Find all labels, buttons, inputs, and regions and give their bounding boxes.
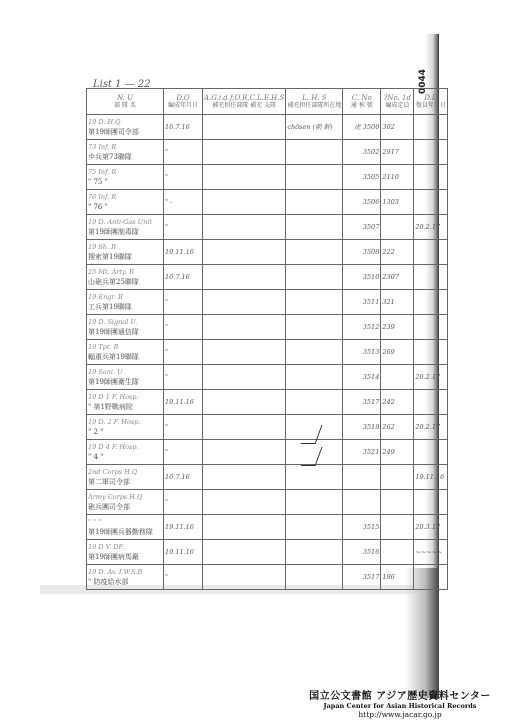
cell-code-number: 3506 xyxy=(343,190,381,215)
table-row: 19 D. Av. I.W.S.B" 防疫給水部"3517196 xyxy=(87,565,448,590)
cell-code-number: 3516 xyxy=(343,540,381,565)
cell-code-number: 虎 3500 xyxy=(343,115,381,140)
cell-date-demobilized xyxy=(414,490,448,515)
cell-date-organized: " xyxy=(164,415,203,440)
table-row: 19 D. Anti-Gas Unit第19師團制毒隊"350720.2.17 xyxy=(87,215,448,240)
cell-location xyxy=(286,390,343,415)
cell-date-organized: 19.11.16 xyxy=(164,515,203,540)
cell-strength xyxy=(381,365,414,390)
table-row: 19 D V. DF.第19師團病馬廠19.11.163516~~~~~ xyxy=(87,540,448,565)
table-row: 2nd Corps H.Q第二軍司令部16.7.1619.11.16 xyxy=(87,465,448,490)
table-row: 19 Tpt. R輜重兵第19聯隊"3513269 xyxy=(87,340,448,365)
cell-strength: 2917 xyxy=(381,140,414,165)
cell-strength xyxy=(381,515,414,540)
cell-strength: 302 xyxy=(381,115,414,140)
cell-unit: 19 D 4 F. Hosp." 4 " xyxy=(87,440,164,465)
cell-location xyxy=(286,365,343,390)
cell-replacement-unit xyxy=(203,515,286,540)
cell-strength xyxy=(381,465,414,490)
cell-replacement-unit xyxy=(203,165,286,190)
cell-location xyxy=(286,290,343,315)
cell-date-demobilized xyxy=(414,240,448,265)
cell-date-demobilized xyxy=(414,290,448,315)
cell-strength: 262 xyxy=(381,415,414,440)
cell-code-number xyxy=(343,490,381,515)
cell-location xyxy=(286,565,343,590)
cell-replacement-unit xyxy=(203,440,286,465)
header-strength: ?No. 1d編成定員 xyxy=(381,89,414,115)
cell-date-demobilized: ~~~~~ xyxy=(414,540,448,565)
archive-footer: 国立公文書館 アジア歴史資料センター Japan Center for Asia… xyxy=(288,687,512,719)
cell-date-demobilized xyxy=(414,315,448,340)
cell-code-number: 3505 xyxy=(343,165,381,190)
cell-date-demobilized: 19.11.16 xyxy=(414,465,448,490)
cell-code-number: 3512 xyxy=(343,315,381,340)
cell-location xyxy=(286,540,343,565)
cell-date-organized: " xyxy=(164,290,203,315)
header-unit-name: N. U部 隊 名 xyxy=(87,89,164,115)
footer-url: http://www.jacar.go.jp xyxy=(288,710,512,719)
cell-replacement-unit xyxy=(203,465,286,490)
cell-code-number: 3514 xyxy=(343,365,381,390)
table-header-row: N. U部 隊 名 D.O編成年月日 A.G.i.d.f.O.R.C.L.E.H… xyxy=(87,89,448,115)
table-row: 73 Inf. R歩兵第73聯隊"35022917 xyxy=(87,140,448,165)
table-row: " " "第19師團兵器勤務隊19.11.16351520.3.17 xyxy=(87,515,448,540)
table-row: 19 Engr. R工兵第19聯隊"3511321 xyxy=(87,290,448,315)
cell-date-organized: 19.11.16 xyxy=(164,390,203,415)
cell-unit: 19 D 1 F. Hosp." 第1野戰病院 xyxy=(87,390,164,415)
cell-replacement-unit xyxy=(203,140,286,165)
cell-date-demobilized xyxy=(414,190,448,215)
cell-date-demobilized xyxy=(414,440,448,465)
cell-unit: 19 Engr. R工兵第19聯隊 xyxy=(87,290,164,315)
cell-date-organized: " xyxy=(164,215,203,240)
cell-code-number: 3521 xyxy=(343,440,381,465)
cell-replacement-unit xyxy=(203,290,286,315)
cell-unit: 73 Inf. R歩兵第73聯隊 xyxy=(87,140,164,165)
cell-replacement-unit xyxy=(203,540,286,565)
cell-unit: 19 D. Signal U.第19師團通信隊 xyxy=(87,315,164,340)
header-code-number: C. No通 称 號 xyxy=(343,89,381,115)
cell-date-organized: 19.11.16 xyxy=(164,540,203,565)
cell-date-demobilized: 20.3.17 xyxy=(414,515,448,540)
cell-location xyxy=(286,340,343,365)
cell-unit: 2nd Corps H.Q第二軍司令部 xyxy=(87,465,164,490)
cell-replacement-unit xyxy=(203,215,286,240)
cell-strength: 239 xyxy=(381,315,414,340)
scanned-document-page: 0044 List 1 — 22 N. U部 隊 名 D.O編成年月日 A.G.… xyxy=(0,0,512,724)
cell-location xyxy=(286,215,343,240)
cell-unit: 19 Sani. U第19師團衛生隊 xyxy=(87,365,164,390)
header-date-organized: D.O編成年月日 xyxy=(164,89,203,115)
footer-en-name: Japan Center for Asian Historical Record… xyxy=(288,702,512,710)
cell-date-organized: " - xyxy=(164,190,203,215)
cell-strength xyxy=(381,540,414,565)
cell-strength xyxy=(381,490,414,515)
cell-unit: " " "第19師團兵器勤務隊 xyxy=(87,515,164,540)
cell-code-number: 3515 xyxy=(343,515,381,540)
table-row: 19 D. 2 F. Hosp." 2 ""351926220.2.17 xyxy=(87,415,448,440)
cell-date-demobilized xyxy=(414,115,448,140)
cell-unit: 25 Mt. Arty. R山砲兵第25聯隊 xyxy=(87,265,164,290)
cell-date-demobilized: 20.2.17 xyxy=(414,365,448,390)
cell-strength: 2307 xyxy=(381,265,414,290)
cell-code-number: 3511 xyxy=(343,290,381,315)
cell-unit: Army Corps H.Q砲兵團司令部 xyxy=(87,490,164,515)
cell-date-organized: 16.7.16 xyxy=(164,115,203,140)
cell-location xyxy=(286,315,343,340)
cell-date-demobilized xyxy=(414,565,448,590)
cell-date-demobilized xyxy=(414,165,448,190)
cell-date-demobilized xyxy=(414,265,448,290)
cell-strength: 222 xyxy=(381,240,414,265)
cell-date-demobilized: 20.2.17 xyxy=(414,215,448,240)
cell-strength: 242 xyxy=(381,390,414,415)
cell-location: chōsen (朝 鮮) xyxy=(286,115,343,140)
cell-strength xyxy=(381,215,414,240)
cell-code-number: 3517 xyxy=(343,390,381,415)
table-row: 19 D 1 F. Hosp." 第1野戰病院19.11.163517242 xyxy=(87,390,448,415)
cell-unit: 19 Tpt. R輜重兵第19聯隊 xyxy=(87,340,164,365)
table-row: 19 Sani. U第19師團衛生隊"351420.2.17 xyxy=(87,365,448,390)
cell-date-organized: " xyxy=(164,340,203,365)
cell-unit: 75 Inf. R" 75 " xyxy=(87,165,164,190)
cell-location xyxy=(286,140,343,165)
cell-date-organized: " xyxy=(164,440,203,465)
cell-unit: 19 D. H.Q第19師團司令部 xyxy=(87,115,164,140)
cell-code-number: 3517 xyxy=(343,565,381,590)
cell-replacement-unit xyxy=(203,565,286,590)
cell-replacement-unit xyxy=(203,190,286,215)
cell-date-organized: " xyxy=(164,365,203,390)
header-date-demobilized: D.D復員年月日 xyxy=(414,89,448,115)
cell-replacement-unit xyxy=(203,365,286,390)
table-row: 19 Sh. R搜索第19聯隊19.11.163508222 xyxy=(87,240,448,265)
cell-date-organized: 16.7.16 xyxy=(164,265,203,290)
cell-code-number: 3510 xyxy=(343,265,381,290)
cell-replacement-unit xyxy=(203,340,286,365)
header-replacement-unit: A.G.i.d.f.O.R.C.L.E.H.S補充担任部隊 補充 支隊 xyxy=(203,89,286,115)
footer-jp-name: 国立公文書館 アジア歴史資料センター xyxy=(288,687,512,702)
table-row: 19 D 4 F. Hosp." 4 ""3521249 xyxy=(87,440,448,465)
cell-date-organized: " xyxy=(164,490,203,515)
cell-location xyxy=(286,265,343,290)
cell-code-number: 3508 xyxy=(343,240,381,265)
cell-unit: 19 D V. DF.第19師團病馬廠 xyxy=(87,540,164,565)
table-row: 76 Inf. R" 76 "" -35061303 xyxy=(87,190,448,215)
cell-replacement-unit xyxy=(203,415,286,440)
cell-code-number: 3502 xyxy=(343,140,381,165)
cell-date-demobilized xyxy=(414,390,448,415)
cell-unit: 76 Inf. R" 76 " xyxy=(87,190,164,215)
cell-replacement-unit xyxy=(203,240,286,265)
cell-unit: 19 D. 2 F. Hosp." 2 " xyxy=(87,415,164,440)
cell-location xyxy=(286,465,343,490)
cell-date-demobilized: 20.2.17 xyxy=(414,415,448,440)
cell-strength: 1303 xyxy=(381,190,414,215)
table-row: 19 D. Signal U.第19師團通信隊"3512239 xyxy=(87,315,448,340)
cell-unit: 19 Sh. R搜索第19聯隊 xyxy=(87,240,164,265)
cell-code-number: 3513 xyxy=(343,340,381,365)
cell-location xyxy=(286,165,343,190)
cell-date-organized: " xyxy=(164,165,203,190)
cell-strength: 249 xyxy=(381,440,414,465)
cell-strength: 269 xyxy=(381,340,414,365)
cell-location xyxy=(286,515,343,540)
cell-replacement-unit xyxy=(203,315,286,340)
cell-replacement-unit xyxy=(203,390,286,415)
cell-location xyxy=(286,190,343,215)
table-row: 19 D. H.Q第19師團司令部16.7.16chōsen (朝 鮮)虎 35… xyxy=(87,115,448,140)
cell-replacement-unit xyxy=(203,115,286,140)
unit-table: N. U部 隊 名 D.O編成年月日 A.G.i.d.f.O.R.C.L.E.H… xyxy=(86,88,448,590)
cell-date-organized: 16.7.16 xyxy=(164,465,203,490)
cell-date-demobilized xyxy=(414,340,448,365)
cell-date-organized: " xyxy=(164,565,203,590)
cell-code-number: 3507 xyxy=(343,215,381,240)
cell-location xyxy=(286,240,343,265)
cell-unit: 19 D. Anti-Gas Unit第19師團制毒隊 xyxy=(87,215,164,240)
cell-date-organized: 19.11.16 xyxy=(164,240,203,265)
table-row: 75 Inf. R" 75 ""35052110 xyxy=(87,165,448,190)
cell-strength: 321 xyxy=(381,290,414,315)
table-row: 25 Mt. Arty. R山砲兵第25聯隊16.7.1635102307 xyxy=(87,265,448,290)
cell-unit: 19 D. Av. I.W.S.B" 防疫給水部 xyxy=(87,565,164,590)
cell-code-number xyxy=(343,465,381,490)
cell-code-number: 3519 xyxy=(343,415,381,440)
table-row: Army Corps H.Q砲兵團司令部" xyxy=(87,490,448,515)
cell-strength: 2110 xyxy=(381,165,414,190)
cell-replacement-unit xyxy=(203,265,286,290)
cell-date-organized: " xyxy=(164,315,203,340)
cell-date-demobilized xyxy=(414,140,448,165)
header-location: L. H. S補充担任部隊所在地 xyxy=(286,89,343,115)
cell-replacement-unit xyxy=(203,490,286,515)
cell-date-organized: " xyxy=(164,140,203,165)
cell-strength: 196 xyxy=(381,565,414,590)
cell-location xyxy=(286,490,343,515)
